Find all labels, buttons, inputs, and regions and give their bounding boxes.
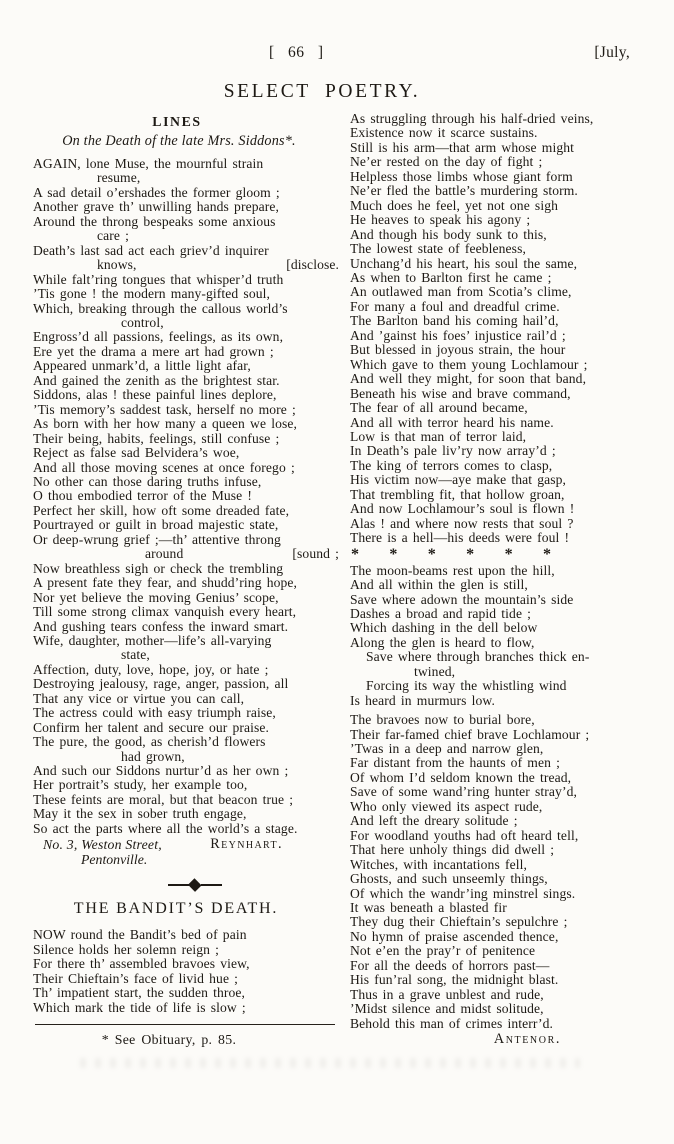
- bandit-poem-left-part: NOW round the Bandit’s bed of painSilenc…: [33, 928, 339, 1015]
- poem-subtitle: On the Death of the late Mrs. Siddons*.: [33, 133, 339, 150]
- poem-line: Nor yet believe the moving Genius’ scope…: [33, 591, 339, 605]
- poem-line: And gushing tears confess the inward sma…: [33, 620, 339, 634]
- poem-line-text: Her portrait’s study, her example too,: [33, 777, 247, 792]
- poem-line-text: Of which the wandr’ing minstrel sings.: [350, 886, 575, 901]
- poem-line: And all with terror heard his name.: [350, 416, 663, 430]
- poem-line: Or deep-wrung grief ;—th’ attentive thro…: [33, 533, 339, 547]
- poem-line: His fun’ral song, the midnight blast.: [350, 973, 663, 987]
- poem-line-text: Now breathless sigh or check the trembli…: [33, 561, 283, 576]
- poem-line-text: The king of terrors comes to clasp,: [350, 458, 552, 473]
- poem-line-text: Still is his arm—that arm whose might: [350, 140, 574, 155]
- poem-line: NOW round the Bandit’s bed of pain: [33, 928, 339, 942]
- poem-line-text: Which dashing in the dell below: [350, 620, 537, 635]
- poem-line: ’Tis memory’s saddest task, herself no m…: [33, 403, 339, 417]
- poem-line: That any vice or virtue you can call,: [33, 692, 339, 706]
- poem-line: A present fate they fear, and shudd’ring…: [33, 576, 339, 590]
- poem-line: But blessed in joyous strain, the hour: [350, 343, 663, 357]
- poem-line-text: Ne’er fled the battle’s murdering storm.: [350, 183, 578, 198]
- poem-line-text: Existence now it scarce sustains.: [350, 125, 538, 140]
- poem-line: As born with her how many a queen we los…: [33, 417, 339, 431]
- poem-line: Her portrait’s study, her example too,: [33, 778, 339, 792]
- poem-line: Existence now it scarce sustains.: [350, 126, 663, 140]
- poem-line: state,: [121, 648, 339, 662]
- poem-line-text: Death’s last sad act each griev’d inquir…: [33, 243, 269, 258]
- poem-line: These feints are moral, but that beacon …: [33, 793, 339, 807]
- poem-line: Save where through branches thick en-: [366, 650, 663, 664]
- poem-line-text: The Barlton band his coming hail’d,: [350, 313, 559, 328]
- poem-line-text: As when to Barlton first he came ;: [350, 270, 551, 285]
- poem-line-text: The bravoes now to burial bore,: [350, 712, 535, 727]
- poem-line: Reject as false sad Belvidera’s woe,: [33, 446, 339, 460]
- poem-divider: [168, 878, 339, 891]
- asterisk-ornament: *: [505, 549, 513, 561]
- poem-line-text: Which, breaking through the callous worl…: [33, 301, 288, 316]
- divider-rule-left: [168, 884, 189, 886]
- asterisk-ornament: *: [466, 549, 474, 561]
- poem-line-text: A present fate they fear, and shudd’ring…: [33, 575, 297, 590]
- poem-line: Witches, with incantations fell,: [350, 858, 663, 872]
- section-title: SELECT POETRY.: [0, 81, 644, 103]
- poem-line-text: Who only viewed its aspect rude,: [350, 799, 542, 814]
- poem-line: Appeared unmark’d, a little light afar,: [33, 359, 339, 373]
- signature-address-2: Pentonville.: [81, 852, 339, 867]
- poem-line-text: He heaves to speak his agony ;: [350, 212, 530, 227]
- poem-line-text: And all those moving scenes at once fore…: [33, 460, 295, 475]
- catchword: [sound ;: [292, 547, 339, 561]
- poem-line-text: And such our Siddons nurtur’d as her own…: [33, 763, 288, 778]
- poem-line-text: control,: [121, 315, 164, 330]
- poem-line-text: They dug their Chieftain’s sepulchre ;: [350, 914, 568, 929]
- poem-line-text: The moon-beams rest upon the hill,: [350, 563, 555, 578]
- poem-line-text: twined,: [414, 664, 455, 679]
- poem-line-text: No other can those daring truths infuse,: [33, 474, 261, 489]
- poem-line: No hymn of praise ascended thence,: [350, 930, 663, 944]
- catchword: [disclose.: [286, 258, 339, 272]
- poem-line: Destroying jealousy, rage, anger, passio…: [33, 677, 339, 691]
- poem-line: No other can those daring truths infuse,: [33, 475, 339, 489]
- poem-line: Much does he feel, yet not one sigh: [350, 199, 663, 213]
- poem-line: Still is his arm—that arm whose might: [350, 141, 663, 155]
- poem-line: Now breathless sigh or check the trembli…: [33, 562, 339, 576]
- poem-line-text: Th’ impatient start, the sudden throe,: [33, 985, 245, 1000]
- poem-line-text: And gushing tears confess the inward sma…: [33, 619, 288, 634]
- poem-line-text: Nor yet believe the moving Genius’ scope…: [33, 590, 279, 605]
- poem-line: ’Midst silence and midst solitude,: [350, 1002, 663, 1016]
- poem-line: Confirm her talent and secure our praise…: [33, 721, 339, 735]
- poem-line: Forcing its way the whistling wind: [366, 679, 663, 693]
- poem-line-text: Not e’en the pray’r of penitence: [350, 943, 535, 958]
- poem-line-text: His victim now—aye make that gasp,: [350, 472, 566, 487]
- poem-line: The Barlton band his coming hail’d,: [350, 314, 663, 328]
- poem-line-text: Of whom I’d seldom known the tread,: [350, 770, 571, 785]
- stanza-break-asterisks: ******: [351, 548, 551, 560]
- poem-line: His victim now—aye make that gasp,: [350, 473, 663, 487]
- poem-line-text: A sad detail o’ershades the former gloom…: [33, 185, 280, 200]
- poem-line: That trembling fit, that hollow groan,: [350, 488, 663, 502]
- poem-line-text: had grown,: [121, 749, 185, 764]
- footnote-text: * See Obituary, p. 85.: [33, 1032, 339, 1048]
- poem-line-text: And now Lochlamour’s soul is flown !: [350, 501, 574, 516]
- poem-line: And well they might, for soon that band,: [350, 372, 663, 386]
- poem-line: Thus in a grave unblest and rude,: [350, 988, 663, 1002]
- poem-line: O thou embodied terror of the Muse !: [33, 489, 339, 503]
- poem-line: Beneath his wise and brave command,: [350, 387, 663, 401]
- poem-line-text: For there th’ assembled bravoes view,: [33, 956, 250, 971]
- poem-line-text: It was beneath a blasted fir: [350, 900, 507, 915]
- poem-line: For there th’ assembled bravoes view,: [33, 957, 339, 971]
- poem-line: And left the dreary solitude ;: [350, 814, 663, 828]
- poem-line-text: Till some strong climax vanquish every h…: [33, 604, 296, 619]
- poem-line-text: The actress could with easy triumph rais…: [33, 705, 276, 720]
- poem-line-text: Low is that man of terror laid,: [350, 429, 526, 444]
- poem-line-text: But blessed in joyous strain, the hour: [350, 342, 565, 357]
- poem-line-text: Save of some wand’ring hunter stray’d,: [350, 784, 577, 799]
- poem-line: Unchang’d his heart, his soul the same,: [350, 257, 663, 271]
- poem-line-text: And well they might, for soon that band,: [350, 371, 586, 386]
- poem-line-text: Perfect her skill, how oft some dreaded …: [33, 503, 289, 518]
- poem-line-text: Ghosts, and such unseemly things,: [350, 871, 548, 886]
- poem-line-text: As struggling through his half-dried vei…: [350, 111, 593, 126]
- poem-line-text: Thus in a grave unblest and rude,: [350, 987, 544, 1002]
- poem-line: Ne’er rested on the day of fight ;: [350, 155, 663, 169]
- poem-line-text: Appeared unmark’d, a little light afar,: [33, 358, 251, 373]
- poem-line-text: Dashes a broad and rapid tide ;: [350, 606, 531, 621]
- poem-line-text: As born with her how many a queen we los…: [33, 416, 297, 431]
- scan-ghosting-artifact: [80, 1058, 580, 1068]
- signature-author: Reynhart.: [210, 837, 283, 852]
- poem-line-text: Is heard in murmurs low.: [350, 693, 495, 708]
- poem-line-text: May it the sex in sober truth engage,: [33, 806, 246, 821]
- poem-line-text: Ne’er rested on the day of fight ;: [350, 154, 542, 169]
- poem-line-text: And all with terror heard his name.: [350, 415, 554, 430]
- poem-line-text: That here unholy things did dwell ;: [350, 842, 554, 857]
- poem-line: In Death’s pale liv’ry now array’d ;: [350, 444, 663, 458]
- poem-line-text: AGAIN, lone Muse, the mournful strain: [33, 156, 263, 171]
- poem-line-text: ’Tis memory’s saddest task, herself no m…: [33, 402, 296, 417]
- poem-line-text: Their Chieftain’s face of livid hue ;: [33, 971, 238, 986]
- poem-title-lines: LINES: [33, 114, 339, 130]
- poem-line: Which gave to them young Lochlamour ;: [350, 358, 663, 372]
- poem-line: Far distant from the haunts of men ;: [350, 756, 663, 770]
- poem-line-text: O thou embodied terror of the Muse !: [33, 488, 252, 503]
- poem-line: The moon-beams rest upon the hill,: [350, 564, 663, 578]
- poem-line: Their being, habits, feelings, still con…: [33, 432, 339, 446]
- poem-line: An outlawed man from Scotia’s clime,: [350, 285, 663, 299]
- poem-line: Save where adown the mountain’s side: [350, 593, 663, 607]
- poem-line-text: Beneath his wise and brave command,: [350, 386, 571, 401]
- poem-line: twined,: [414, 665, 663, 679]
- poem-line: He heaves to speak his agony ;: [350, 213, 663, 227]
- poem-line-text: And left the dreary solitude ;: [350, 813, 518, 828]
- poem-line: had grown,: [121, 750, 339, 764]
- poem-line: Perfect her skill, how oft some dreaded …: [33, 504, 339, 518]
- poem-line: There is a hell—his deeds were foul !: [350, 531, 663, 545]
- poem-line-text: state,: [121, 647, 150, 662]
- poem-line: care ;: [97, 229, 339, 243]
- poem-line-text: Alas ! and where now rests that soul ?: [350, 516, 573, 531]
- poem-line: control,: [121, 316, 339, 330]
- poem-line: Th’ impatient start, the sudden throe,: [33, 986, 339, 1000]
- poem-line-text: While falt’ring tongues that whisper’d t…: [33, 272, 283, 287]
- poem-line: Their far-famed chief brave Lochlamour ;: [350, 728, 663, 742]
- poem-line-text: And all within the glen is still,: [350, 577, 528, 592]
- right-column: As struggling through his half-dried vei…: [350, 112, 663, 1048]
- poem-line-text: Behold this man of crimes interr’d.: [350, 1016, 553, 1031]
- poem-line: The king of terrors comes to clasp,: [350, 459, 663, 473]
- poem-line: Which mark the tide of life is slow ;: [33, 1001, 339, 1015]
- poem-line: Engross’d all passions, feelings, as its…: [33, 330, 339, 344]
- poem-line: The bravoes now to burial bore,: [350, 713, 663, 727]
- poem-line: Dashes a broad and rapid tide ;: [350, 607, 663, 621]
- two-column-text-block: LINES On the Death of the late Mrs. Sidd…: [33, 112, 663, 1048]
- poem-line: Their Chieftain’s face of livid hue ;: [33, 972, 339, 986]
- poem-line-text: Unchang’d his heart, his soul the same,: [350, 256, 577, 271]
- poem-line-text: Confirm her talent and secure our praise…: [33, 720, 269, 735]
- poem-line: The actress could with easy triumph rais…: [33, 706, 339, 720]
- poem-line: ’Twas in a deep and narrow glen,: [350, 742, 663, 756]
- poem-line: Another grave th’ unwilling hands prepar…: [33, 200, 339, 214]
- poem-line-text: Ere yet the drama a mere art had grown ;: [33, 344, 274, 359]
- poem-line-text: In Death’s pale liv’ry now array’d ;: [350, 443, 556, 458]
- author-signature: Antenor.: [350, 1032, 663, 1047]
- poem-line: Along the glen is heard to flow,: [350, 636, 663, 650]
- poem-line: And ’gainst his foes’ injustice rail’d ;: [350, 329, 663, 343]
- poem-line: It was beneath a blasted fir: [350, 901, 663, 915]
- issue-date: [July,: [594, 44, 630, 62]
- poem-line-text: Which mark the tide of life is slow ;: [33, 1000, 246, 1015]
- poem-line: Ne’er fled the battle’s murdering storm.: [350, 184, 663, 198]
- poem-line-text: Around the throng bespeaks some anxious: [33, 214, 276, 229]
- poem-line-text: And ’gainst his foes’ injustice rail’d ;: [350, 328, 566, 343]
- poem-line-text: Pourtrayed or guilt in broad majestic st…: [33, 517, 278, 532]
- poem-line: And all within the glen is still,: [350, 578, 663, 592]
- poem-line: Ere yet the drama a mere art had grown ;: [33, 345, 339, 359]
- poem-title-bandits-death: THE BANDIT’S DEATH.: [33, 900, 339, 918]
- poem-line-text: Far distant from the haunts of men ;: [350, 755, 560, 770]
- poem-line-text: Forcing its way the whistling wind: [366, 678, 567, 693]
- poem-line-text: Destroying jealousy, rage, anger, passio…: [33, 676, 288, 691]
- poem-line-text: Save where through branches thick en-: [366, 649, 589, 664]
- poem-line-text: around: [145, 547, 183, 561]
- poem-line: That here unholy things did dwell ;: [350, 843, 663, 857]
- diamond-ornament-icon: [188, 878, 201, 891]
- poem-line-text: An outlawed man from Scotia’s clime,: [350, 284, 572, 299]
- poem-line: Wife, daughter, mother—life’s all-varyin…: [33, 634, 339, 648]
- poem-line: They dug their Chieftain’s sepulchre ;: [350, 915, 663, 929]
- poem-line-text: For all the deeds of horrors past—: [350, 958, 550, 973]
- poem-line-text: Save where adown the mountain’s side: [350, 592, 573, 607]
- page-number: [ 66 ]: [269, 44, 324, 62]
- poem-line: Not e’en the pray’r of penitence: [350, 944, 663, 958]
- poem-line-text: That trembling fit, that hollow groan,: [350, 487, 565, 502]
- poem-line-text: That any vice or virtue you can call,: [33, 691, 244, 706]
- poem-line: around[sound ;: [33, 547, 339, 561]
- poem-line: The pure, the good, as cherish’d flowers: [33, 735, 339, 749]
- poem-line: As when to Barlton first he came ;: [350, 271, 663, 285]
- poem-line: While falt’ring tongues that whisper’d t…: [33, 273, 339, 287]
- asterisk-ornament: *: [428, 549, 436, 561]
- poem-line-text: knows,: [97, 258, 137, 272]
- poem-line-text: Silence holds her solemn reign ;: [33, 942, 219, 957]
- poem-line: So act the parts where all the world’s a…: [33, 822, 339, 836]
- poem-line-text: Much does he feel, yet not one sigh: [350, 198, 558, 213]
- poem-line: And now Lochlamour’s soul is flown !: [350, 502, 663, 516]
- poem-line: Death’s last sad act each griev’d inquir…: [33, 244, 339, 258]
- signature-address: No. 3, Weston Street,: [43, 837, 162, 852]
- poem-line: AGAIN, lone Muse, the mournful strain: [33, 157, 339, 171]
- poem-line: Around the throng bespeaks some anxious: [33, 215, 339, 229]
- poem-line-text: The lowest state of feebleness,: [350, 241, 526, 256]
- poem-line: And though his body sunk to this,: [350, 228, 663, 242]
- poem-line: And such our Siddons nurtur’d as her own…: [33, 764, 339, 778]
- poem-line-text: The pure, the good, as cherish’d flowers: [33, 734, 266, 749]
- poem-line-text: No hymn of praise ascended thence,: [350, 929, 558, 944]
- asterisk-ornament: *: [389, 549, 397, 561]
- poem-lines-body: AGAIN, lone Muse, the mournful strainres…: [33, 157, 339, 836]
- poem-line-text: Affection, duty, love, hope, joy, or hat…: [33, 662, 268, 677]
- poem-line-text: For woodland youths had oft heard tell,: [350, 828, 578, 843]
- divider-rule-right: [201, 884, 222, 886]
- poem-line: And all those moving scenes at once fore…: [33, 461, 339, 475]
- poem-line-text: Wife, daughter, mother—life’s all-varyin…: [33, 633, 271, 648]
- poem-line: resume,: [97, 171, 339, 185]
- signature-line: No. 3, Weston Street, Reynhart.: [43, 837, 339, 852]
- poem-line: As struggling through his half-dried vei…: [350, 112, 663, 126]
- poem-line: Save of some wand’ring hunter stray’d,: [350, 785, 663, 799]
- poem-line: Behold this man of crimes interr’d.: [350, 1017, 663, 1031]
- poem-line-text: Reject as false sad Belvidera’s woe,: [33, 445, 239, 460]
- poem-line-text: ’Twas in a deep and narrow glen,: [350, 741, 543, 756]
- poem-line-text: Engross’d all passions, feelings, as its…: [33, 329, 283, 344]
- poem-line: Helpless those limbs whose giant form: [350, 170, 663, 184]
- poem-line: Who only viewed its aspect rude,: [350, 800, 663, 814]
- poem-line-text: And though his body sunk to this,: [350, 227, 547, 242]
- poem-line: Ghosts, and such unseemly things,: [350, 872, 663, 886]
- poem-line-text: ’Midst silence and midst solitude,: [350, 1001, 544, 1016]
- scanned-magazine-page: [ 66 ] [July, SELECT POETRY. LINES On th…: [0, 0, 674, 1144]
- poem-line-text: So act the parts where all the world’s a…: [33, 821, 297, 836]
- poem-line: Pourtrayed or guilt in broad majestic st…: [33, 518, 339, 532]
- poem-line-text: These feints are moral, but that beacon …: [33, 792, 293, 807]
- poem-line: For many a foul and dreadful crime.: [350, 300, 663, 314]
- poem-line: Of which the wandr’ing minstrel sings.: [350, 887, 663, 901]
- poem-line-text: There is a hell—his deeds were foul !: [350, 530, 569, 545]
- poem-line: And gained the zenith as the brightest s…: [33, 374, 339, 388]
- poem-line: ’Tis gone ! the modern many-gifted soul,: [33, 287, 339, 301]
- footnote-rule: [35, 1024, 335, 1025]
- poem-line-text: Which gave to them young Lochlamour ;: [350, 357, 588, 372]
- poem-line-text: care ;: [97, 228, 129, 243]
- bandit-poem-right-part: As struggling through his half-dried vei…: [350, 112, 663, 1031]
- poem-line: Affection, duty, love, hope, joy, or hat…: [33, 663, 339, 677]
- poem-line-text: Witches, with incantations fell,: [350, 857, 527, 872]
- left-column: LINES On the Death of the late Mrs. Sidd…: [33, 112, 339, 1048]
- poem-line: Of whom I’d seldom known the tread,: [350, 771, 663, 785]
- poem-line-text: For many a foul and dreadful crime.: [350, 299, 560, 314]
- poem-line: For all the deeds of horrors past—: [350, 959, 663, 973]
- poem-line: Low is that man of terror laid,: [350, 430, 663, 444]
- poem-line-text: The fear of all around became,: [350, 400, 528, 415]
- poem-line-text: Siddons, alas ! these painful lines depl…: [33, 387, 277, 402]
- asterisk-ornament: *: [351, 549, 359, 561]
- poem-line: Which, breaking through the callous worl…: [33, 302, 339, 316]
- poem-line-text: ’Tis gone ! the modern many-gifted soul,: [33, 286, 270, 301]
- poem-line: Till some strong climax vanquish every h…: [33, 605, 339, 619]
- poem-line-text: And gained the zenith as the brightest s…: [33, 373, 280, 388]
- poem-line: Is heard in murmurs low.: [350, 694, 663, 708]
- poem-line: May it the sex in sober truth engage,: [33, 807, 339, 821]
- poem-line-text: Or deep-wrung grief ;—th’ attentive thro…: [33, 532, 281, 547]
- poem-line: The lowest state of feebleness,: [350, 242, 663, 256]
- poem-line: knows,[disclose.: [33, 258, 339, 272]
- asterisk-ornament: *: [543, 549, 551, 561]
- poem-line: A sad detail o’ershades the former gloom…: [33, 186, 339, 200]
- poem-line: For woodland youths had oft heard tell,: [350, 829, 663, 843]
- poem-line: Silence holds her solemn reign ;: [33, 943, 339, 957]
- poem-line: Siddons, alas ! these painful lines depl…: [33, 388, 339, 402]
- poem-line-text: Helpless those limbs whose giant form: [350, 169, 573, 184]
- poem-line-text: Along the glen is heard to flow,: [350, 635, 534, 650]
- poem-line-text: NOW round the Bandit’s bed of pain: [33, 927, 247, 942]
- poem-line-text: Their far-famed chief brave Lochlamour ;: [350, 727, 589, 742]
- poem-line-text: Another grave th’ unwilling hands prepar…: [33, 199, 279, 214]
- poem-line-text: Their being, habits, feelings, still con…: [33, 431, 279, 446]
- poem-line: The fear of all around became,: [350, 401, 663, 415]
- poem-line: Alas ! and where now rests that soul ?: [350, 517, 663, 531]
- poem-line: Which dashing in the dell below: [350, 621, 663, 635]
- poem-line-text: His fun’ral song, the midnight blast.: [350, 972, 558, 987]
- poem-line-text: resume,: [97, 170, 140, 185]
